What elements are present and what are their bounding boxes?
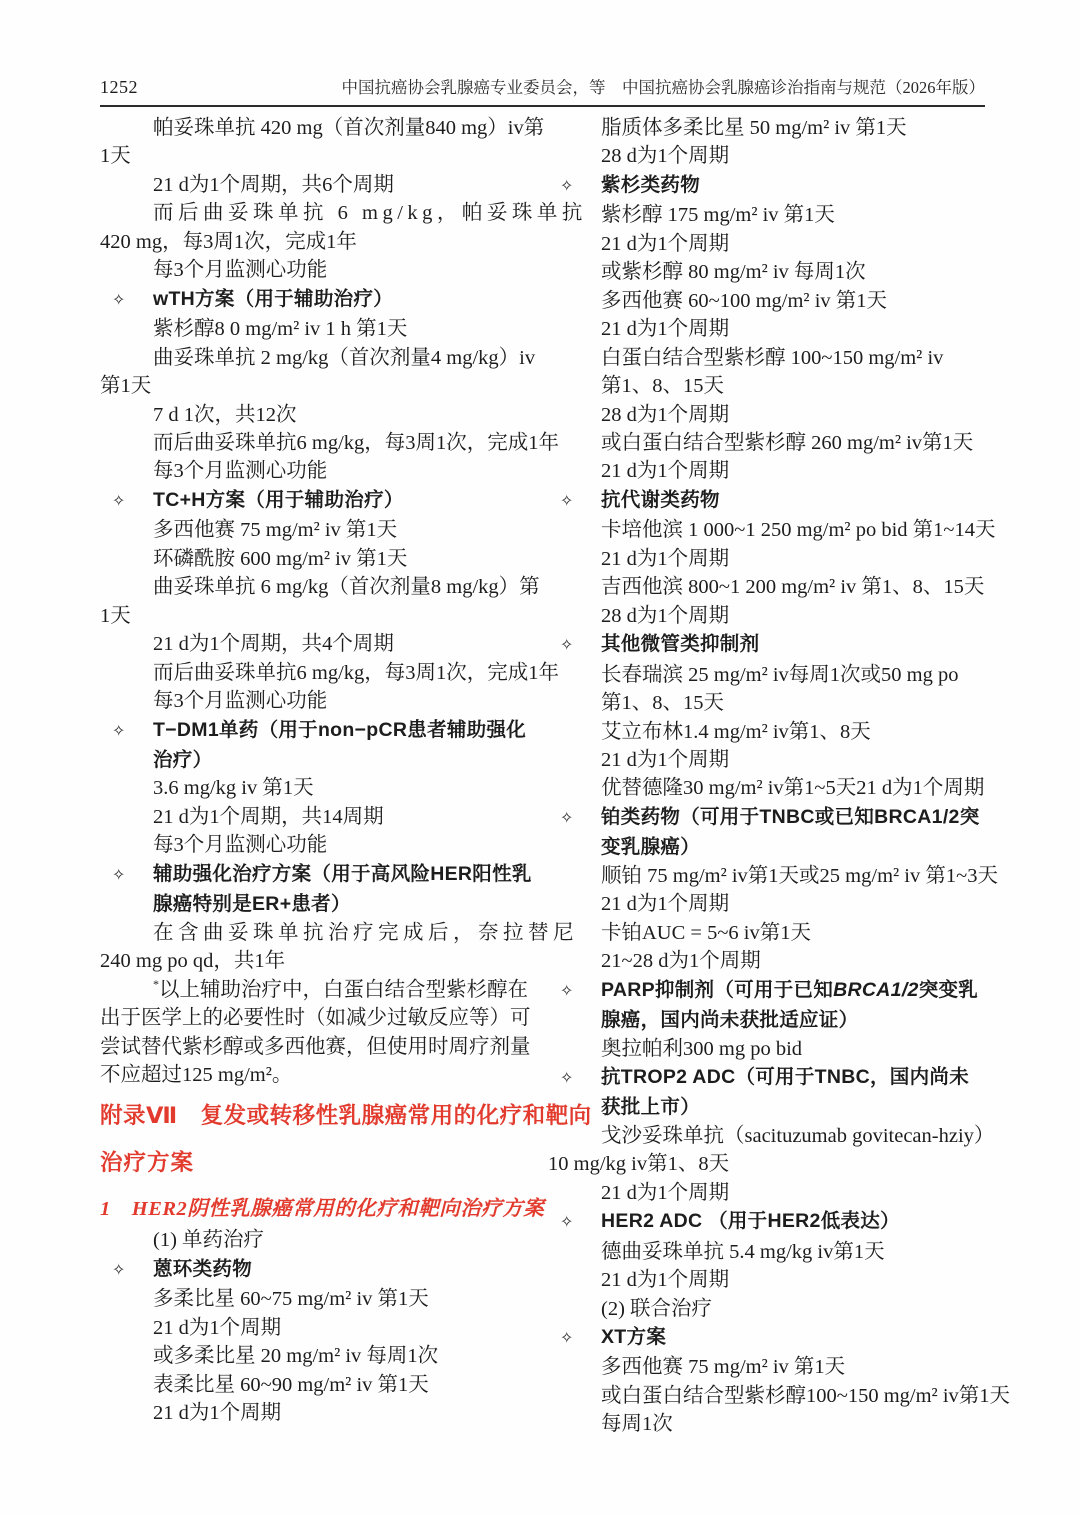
text-line: (2) 联合治疗 bbox=[548, 1295, 985, 1323]
text-line: 优替德隆30 mg/m² iv第1~5天21 d为1个周期 bbox=[548, 774, 985, 802]
protocol-heading: ✧紫杉类药物 bbox=[548, 171, 985, 201]
text-line: 或白蛋白结合型紫杉醇 260 mg/m² iv第1天 bbox=[548, 429, 985, 457]
text-line: 第1、8、15天 bbox=[548, 689, 985, 717]
text-line: 每3个月监测心功能 bbox=[100, 687, 537, 715]
left-column: 帕妥珠单抗 420 mg（首次剂量840 mg）iv第1天21 d为1个周期，共… bbox=[100, 114, 537, 1439]
appendix-heading-line2: 治疗方案 bbox=[100, 1148, 537, 1178]
diamond-bullet-icon: ✧ bbox=[548, 805, 601, 833]
section1-heading: 1 HER2阴性乳腺癌常用的化疗和靶向治疗方案 bbox=[100, 1194, 537, 1224]
protocol-heading-text: 蒽环类药物 bbox=[153, 1255, 252, 1283]
protocol-heading: ✧蒽环类药物 bbox=[100, 1255, 537, 1285]
text-line: 长春瑞滨 25 mg/m² iv每周1次或50 mg po bbox=[548, 661, 985, 689]
diamond-bullet-icon: ✧ bbox=[548, 978, 601, 1006]
text-line: 而后曲妥珠单抗 6 mg/kg，帕妥珠单抗 bbox=[100, 199, 537, 227]
text-line: 28 d为1个周期 bbox=[548, 401, 985, 429]
right-column-lines: 脂质体多柔比星 50 mg/m² iv 第1天28 d为1个周期✧紫杉类药物紫杉… bbox=[548, 114, 985, 1439]
text-line: 环磷酰胺 600 mg/m² iv 第1天 bbox=[100, 545, 537, 573]
text-line: 吉西他滨 800~1 200 mg/m² iv 第1、8、15天 bbox=[548, 573, 985, 601]
text-line: 第1天 bbox=[100, 372, 537, 400]
protocol-heading: ✧XT方案 bbox=[548, 1323, 985, 1353]
left-column-lines-continued: (1) 单药治疗✧蒽环类药物多柔比星 60~75 mg/m² iv 第1天21 … bbox=[100, 1226, 537, 1427]
gene-name-italic: BRCA1/2 bbox=[833, 979, 919, 1001]
protocol-heading-continuation: 腺癌特别是ER+患者） bbox=[100, 890, 537, 918]
protocol-heading: ✧辅助强化治疗方案（用于高风险HER阳性乳 bbox=[100, 860, 537, 890]
text-line: 21 d为1个周期 bbox=[548, 315, 985, 343]
diamond-bullet-icon: ✧ bbox=[548, 1065, 601, 1093]
protocol-heading-text: PARP抑制剂（可用于已知BRCA1/2突变乳 bbox=[601, 976, 978, 1004]
text-line: 卡培他滨 1 000~1 250 mg/m² po bid 第1~14天 bbox=[548, 516, 985, 544]
text-line: 28 d为1个周期 bbox=[548, 602, 985, 630]
protocol-heading: ✧其他微管类抑制剂 bbox=[548, 630, 985, 660]
protocol-heading: ✧HER2 ADC （用于HER2低表达） bbox=[548, 1207, 985, 1237]
text-line: 21 d为1个周期 bbox=[548, 545, 985, 573]
text-line: 21 d为1个周期 bbox=[100, 1399, 537, 1427]
text-line: 奥拉帕利300 mg po bid bbox=[548, 1035, 985, 1063]
text-line: *以上辅助治疗中，白蛋白结合型紫杉醇在 bbox=[100, 976, 537, 1004]
text-line: 顺铂 75 mg/m² iv第1天或25 mg/m² iv 第1~3天 bbox=[548, 862, 985, 890]
protocol-heading-text: 变乳腺癌） bbox=[601, 836, 700, 858]
page-content: 帕妥珠单抗 420 mg（首次剂量840 mg）iv第1天21 d为1个周期，共… bbox=[100, 114, 985, 1439]
text-line: 21 d为1个周期，共6个周期 bbox=[100, 171, 537, 199]
text-line: (1) 单药治疗 bbox=[100, 1226, 537, 1254]
text-line: 1天 bbox=[100, 142, 537, 170]
text-line: 21 d为1个周期 bbox=[548, 457, 985, 485]
text-line: 第1、8、15天 bbox=[548, 372, 985, 400]
protocol-heading-text: 铂类药物（可用于TNBC或已知BRCA1/2突 bbox=[601, 803, 980, 831]
right-column: 脂质体多柔比星 50 mg/m² iv 第1天28 d为1个周期✧紫杉类药物紫杉… bbox=[548, 114, 985, 1439]
text-line: 紫杉醇 175 mg/m² iv 第1天 bbox=[548, 201, 985, 229]
text-segment: 突变乳 bbox=[919, 979, 978, 1001]
protocol-heading-continuation: 获批上市） bbox=[548, 1093, 985, 1121]
protocol-heading: ✧铂类药物（可用于TNBC或已知BRCA1/2突 bbox=[548, 803, 985, 833]
text-line: 帕妥珠单抗 420 mg（首次剂量840 mg）iv第 bbox=[100, 114, 537, 142]
text-line: 7 d 1次，共12次 bbox=[100, 401, 537, 429]
protocol-heading-text: 腺癌特别是ER+患者） bbox=[153, 893, 351, 915]
page-number: 1252 bbox=[100, 77, 138, 98]
text-line: 艾立布林1.4 mg/m² iv第1、8天 bbox=[548, 718, 985, 746]
protocol-heading-continuation: 治疗） bbox=[100, 746, 537, 774]
left-column-lines: 帕妥珠单抗 420 mg（首次剂量840 mg）iv第1天21 d为1个周期，共… bbox=[100, 114, 537, 1089]
text-line: 紫杉醇8 0 mg/m² iv 1 h 第1天 bbox=[100, 315, 537, 343]
text-line: 21 d为1个周期 bbox=[548, 890, 985, 918]
text-line: 多西他赛 60~100 mg/m² iv 第1天 bbox=[548, 287, 985, 315]
text-line: 或白蛋白结合型紫杉醇100~150 mg/m² iv第1天 bbox=[548, 1382, 985, 1410]
text-segment: 以上辅助治疗中，白蛋白结合型紫杉醇在 bbox=[159, 979, 528, 1001]
protocol-heading-text: wTH方案（用于辅助治疗） bbox=[153, 285, 393, 313]
protocol-heading-continuation: 腺癌，国内尚未获批适应证） bbox=[548, 1006, 985, 1034]
text-line: 28 d为1个周期 bbox=[548, 142, 985, 170]
protocol-heading-text: T−DM1单药（用于non−pCR患者辅助强化 bbox=[153, 716, 526, 744]
text-line: 21 d为1个周期，共4个周期 bbox=[100, 630, 537, 658]
text-line: 21 d为1个周期 bbox=[548, 1266, 985, 1294]
text-line: 而后曲妥珠单抗6 mg/kg，每3周1次，完成1年 bbox=[100, 429, 537, 457]
protocol-heading-text: 辅助强化治疗方案（用于高风险HER阳性乳 bbox=[153, 860, 532, 888]
text-line: 或紫杉醇 80 mg/m² iv 每周1次 bbox=[548, 258, 985, 286]
text-line: 3.6 mg/kg iv 第1天 bbox=[100, 774, 537, 802]
text-line: 每3个月监测心功能 bbox=[100, 831, 537, 859]
text-line: 21 d为1个周期 bbox=[548, 230, 985, 258]
text-line: 10 mg/kg iv第1、8天 bbox=[548, 1150, 985, 1178]
text-line: 1天 bbox=[100, 602, 537, 630]
protocol-heading-text: 治疗） bbox=[153, 749, 212, 771]
protocol-heading: ✧wTH方案（用于辅助治疗） bbox=[100, 285, 537, 315]
text-segment: PARP抑制剂（可用于已知 bbox=[601, 979, 833, 1001]
document-page: 1252 中国抗癌协会乳腺癌专业委员会，等 中国抗癌协会乳腺癌诊治指南与规范（2… bbox=[0, 0, 1080, 1515]
text-line: 或多柔比星 20 mg/m² iv 每周1次 bbox=[100, 1342, 537, 1370]
text-line: 表柔比星 60~90 mg/m² iv 第1天 bbox=[100, 1371, 537, 1399]
protocol-heading-text: 获批上市） bbox=[601, 1096, 700, 1118]
text-line: 曲妥珠单抗 2 mg/kg（首次剂量4 mg/kg）iv bbox=[100, 344, 537, 372]
protocol-heading-continuation: 变乳腺癌） bbox=[548, 833, 985, 861]
text-line: 21 d为1个周期 bbox=[548, 746, 985, 774]
text-line: 每3个月监测心功能 bbox=[100, 256, 537, 284]
diamond-bullet-icon: ✧ bbox=[100, 287, 153, 315]
protocol-heading: ✧抗TROP2 ADC（可用于TNBC，国内尚未 bbox=[548, 1063, 985, 1093]
text-line: 而后曲妥珠单抗6 mg/kg，每3周1次，完成1年 bbox=[100, 659, 537, 687]
diamond-bullet-icon: ✧ bbox=[100, 1257, 153, 1285]
text-line: 戈沙妥珠单抗（sacituzumab govitecan-hziy） bbox=[548, 1122, 985, 1150]
text-line: 尝试替代紫杉醇或多西他赛，但使用时周疗剂量 bbox=[100, 1033, 537, 1061]
header-title: 中国抗癌协会乳腺癌专业委员会，等 中国抗癌协会乳腺癌诊治指南与规范（2026年版… bbox=[342, 74, 986, 98]
protocol-heading: ✧PARP抑制剂（可用于已知BRCA1/2突变乳 bbox=[548, 976, 985, 1006]
diamond-bullet-icon: ✧ bbox=[100, 862, 153, 890]
text-line: 多西他赛 75 mg/m² iv 第1天 bbox=[548, 1353, 985, 1381]
protocol-heading-text: HER2 ADC （用于HER2低表达） bbox=[601, 1207, 900, 1235]
protocol-heading-text: XT方案 bbox=[601, 1323, 666, 1351]
diamond-bullet-icon: ✧ bbox=[100, 488, 153, 516]
diamond-bullet-icon: ✧ bbox=[548, 632, 601, 660]
text-line: 不应超过125 mg/m²。 bbox=[100, 1061, 537, 1089]
text-line: 在含曲妥珠单抗治疗完成后，奈拉替尼 bbox=[100, 919, 537, 947]
protocol-heading-text: 抗TROP2 ADC（可用于TNBC，国内尚未 bbox=[601, 1063, 969, 1091]
diamond-bullet-icon: ✧ bbox=[100, 718, 153, 746]
protocol-heading-text: 抗代谢类药物 bbox=[601, 486, 720, 514]
protocol-heading-text: TC+H方案（用于辅助治疗） bbox=[153, 486, 404, 514]
protocol-heading: ✧TC+H方案（用于辅助治疗） bbox=[100, 486, 537, 516]
text-line: 德曲妥珠单抗 5.4 mg/kg iv第1天 bbox=[548, 1238, 985, 1266]
text-line: 21 d为1个周期 bbox=[100, 1314, 537, 1342]
protocol-heading: ✧T−DM1单药（用于non−pCR患者辅助强化 bbox=[100, 716, 537, 746]
text-line: 21 d为1个周期 bbox=[548, 1179, 985, 1207]
text-line: 21~28 d为1个周期 bbox=[548, 947, 985, 975]
text-line: 出于医学上的必要性时（如减少过敏反应等）可 bbox=[100, 1004, 537, 1032]
diamond-bullet-icon: ✧ bbox=[548, 1209, 601, 1237]
appendix-heading-line1: 附录Ⅶ 复发或转移性乳腺癌常用的化疗和靶向 bbox=[100, 1101, 537, 1131]
text-line: 脂质体多柔比星 50 mg/m² iv 第1天 bbox=[548, 114, 985, 142]
text-line: 曲妥珠单抗 6 mg/kg（首次剂量8 mg/kg）第 bbox=[100, 573, 537, 601]
protocol-heading-text: 紫杉类药物 bbox=[601, 171, 700, 199]
text-line: 240 mg po qd，共1年 bbox=[100, 947, 537, 975]
text-line: 420 mg，每3周1次，完成1年 bbox=[100, 228, 537, 256]
text-line: 每周1次 bbox=[548, 1410, 985, 1438]
diamond-bullet-icon: ✧ bbox=[548, 1325, 601, 1353]
diamond-bullet-icon: ✧ bbox=[548, 173, 601, 201]
page-header: 1252 中国抗癌协会乳腺癌专业委员会，等 中国抗癌协会乳腺癌诊治指南与规范（2… bbox=[100, 74, 985, 107]
protocol-heading: ✧抗代谢类药物 bbox=[548, 486, 985, 516]
text-line: 多西他赛 75 mg/m² iv 第1天 bbox=[100, 516, 537, 544]
protocol-heading-text: 其他微管类抑制剂 bbox=[601, 630, 759, 658]
text-line: 21 d为1个周期，共14周期 bbox=[100, 803, 537, 831]
diamond-bullet-icon: ✧ bbox=[548, 488, 601, 516]
protocol-heading-text: 腺癌，国内尚未获批适应证） bbox=[601, 1009, 858, 1031]
text-line: 卡铂AUC = 5~6 iv第1天 bbox=[548, 919, 985, 947]
text-line: 多柔比星 60~75 mg/m² iv 第1天 bbox=[100, 1285, 537, 1313]
text-line: 白蛋白结合型紫杉醇 100~150 mg/m² iv bbox=[548, 344, 985, 372]
text-line: 每3个月监测心功能 bbox=[100, 457, 537, 485]
